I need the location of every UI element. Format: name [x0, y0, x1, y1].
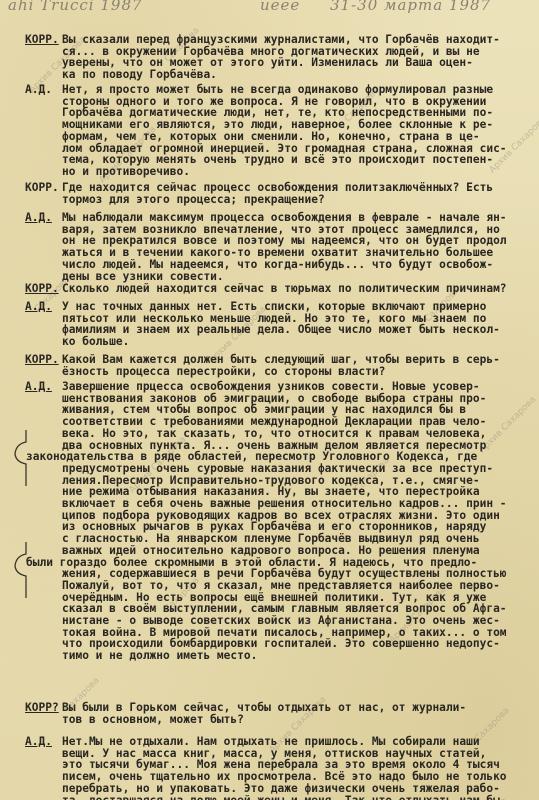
handwritten-note-left: ahi Trucci 1987: [8, 0, 143, 14]
transcript-line: Нет.Мы не отдыхали. Нам отдыхать не приш…: [62, 736, 480, 748]
transcript-line: Нет, я просто может быть не всегда одина…: [62, 84, 493, 96]
transcript-line: важных идей относительно кадрового вопро…: [62, 545, 480, 557]
margin-brace-icon: [10, 540, 28, 600]
speaker-label: КОРР.: [25, 182, 59, 194]
transcript-line: ко больше.: [62, 336, 129, 348]
speaker-label: А.Д.: [25, 212, 52, 224]
transcript-line: дены все узники совести.: [62, 271, 224, 283]
transcript-line: та, доставшаяся на долю моей жены и меня…: [62, 795, 507, 800]
transcript-line: перебрать, но и упаковать. Это даже физи…: [62, 783, 500, 795]
transcript-line: тормоз для этого процесса; прекращение?: [62, 194, 325, 206]
transcript-line: Пожалуй, вот то, что я сказал, мне предс…: [62, 580, 500, 592]
speaker-label: А.Д.: [25, 84, 52, 96]
transcript-line: Мы наблюдали максимум процесса освобожде…: [62, 212, 507, 224]
transcript-line: но и противоречиво.: [62, 166, 190, 178]
margin-brace-icon: [10, 428, 28, 488]
transcript-line: формам, чем те, которых они сменили. Но,…: [62, 131, 480, 143]
transcript-line: Вы были в Горьком сейчас, чтобы отдыхать…: [62, 702, 466, 714]
handwritten-note-mid: ueee: [260, 0, 300, 14]
transcript-line: предусмотрены очень суровые наказания фа…: [62, 463, 493, 475]
transcript-line: нистане - о выводе советских войск из Аф…: [62, 615, 500, 627]
transcript-line: включает в себя очень важные решения отн…: [62, 498, 507, 510]
transcript-line: Какой Вам кажется должен быть следующий …: [62, 354, 500, 366]
speaker-label: А.Д.: [25, 736, 52, 748]
transcript-line: число людей. Мы надеемся, что когда-нибу…: [62, 259, 493, 271]
speaker-label: КОРР.: [25, 354, 59, 366]
transcript-line: ёзность процесса перестройки, со стороны…: [62, 366, 385, 378]
transcript-line: ка по поводу Горбачёва.: [62, 69, 217, 81]
transcript-line: У нас точных данных нет. Есть списки, ко…: [62, 301, 486, 313]
speaker-label: А.Д.: [25, 381, 52, 393]
transcript-line: Завершение прцесса освобождения узников …: [62, 381, 480, 393]
transcript-line: Вы сказали перед французскими журналиста…: [62, 34, 500, 46]
speaker-label: КОРР.: [25, 283, 59, 295]
handwritten-date-note: ahi Trucci 1987 ueee 31-30 марта 1987: [0, 0, 539, 18]
transcript-line: Сколько людей находится сейчас в тюрьмах…: [62, 283, 507, 295]
speaker-label: КОРР.: [25, 34, 59, 46]
handwritten-date: 31-30 марта 1987: [330, 0, 491, 14]
transcript-line: века. Но это, так сказать, то, что относ…: [62, 428, 486, 440]
transcript-line: тов в основном, может быть?: [62, 714, 244, 726]
transcript-line: тимо и не должно иметь место.: [62, 650, 257, 662]
transcript-line: Где находится сейчас процесс освобождени…: [62, 182, 493, 194]
speaker-label: А.Д.: [25, 301, 52, 313]
speaker-label: КОРР?: [25, 702, 59, 714]
